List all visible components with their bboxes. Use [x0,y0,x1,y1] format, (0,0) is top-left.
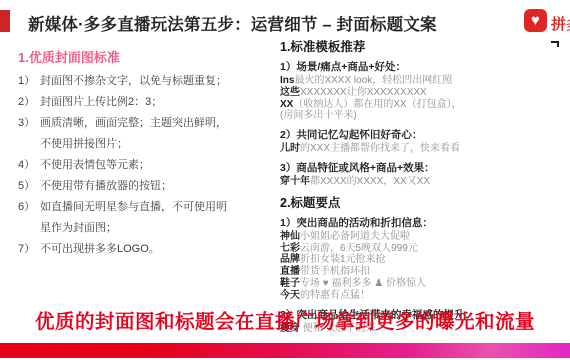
standard-item: 6）如直播间无明星参与直播，不可使用明星作为封面图； [18,197,236,239]
line-lead: 七彩 [280,243,300,254]
page-title: 新媒体·多多直播玩法第五步：运营细节 – 封面标题文案 [28,11,437,35]
item-number: 5） [18,176,40,197]
item-number: 1） [18,71,40,92]
template-line: 穿十年都XXXX的XXXX，XX又XX [280,176,558,188]
line-rest: （收纳达人）都在用的XX（打包盒）， [293,99,461,110]
line-rest: 折扣女装1元抢来抢 [300,254,386,265]
line-lead: 鞋子 [280,278,300,289]
line-lead: 这些 [280,87,300,98]
template-line: 这些XXXXXXX让你XXXXXXXXX [280,87,558,99]
standard-item: 7）不可出现拼多多LOGO。 [18,239,236,260]
line-lead: 儿时 [280,143,300,154]
item-text: 封面图片上传比例2：3； [40,92,236,113]
template-group: 3）商品特征或风格+商品+效果：穿十年都XXXX的XXXX，XX又XX [280,162,558,188]
template-line: 鞋子专场 ♥ 福利多多 ♟ 价格惊人 [280,278,558,290]
line-rest: 云南游，6天5晚双人999元 [300,243,418,254]
cover-standards-heading: 1.优质封面图标准 [18,47,236,66]
item-number: 2） [18,92,40,113]
group-title: 3）商品特征或风格+商品+效果： [280,162,558,175]
line-rest: 的特惠有点猛！ [300,290,370,301]
title-accent-block [0,10,10,32]
template-group: 2）共同记忆勾起怀旧好奇心：儿时的XXX主播都帮你找来了，快来看看 [280,129,558,155]
template-line: 直播带货手机指环扣 [280,266,558,278]
line-lead: 神仙 [280,231,300,242]
line-rest: XXXXXXX让你XXXXXXXXX [300,87,427,98]
template-groups-1: 1）场景/痛点+商品+好处：Ins最火的XXXX look，轻松凹出网红照这些X… [280,61,558,188]
line-lead: 直播 [280,266,300,277]
line-lead: 今天 [280,290,300,301]
group-title: 1）突出商品的活动和折扣信息： [280,217,558,230]
slide-page: 新媒体·多多直播玩法第五步：运营细节 – 封面标题文案 ♥ 拼多多 1.优质封面… [0,0,570,360]
title-points-heading: 2.标题要点 [280,196,558,210]
standard-item: 5）不使用带有播放器的按钮； [18,176,236,197]
item-text: 封面图不掺杂文字，以免与标题重复； [40,71,236,92]
standard-item: 2）封面图片上传比例2：3； [18,92,236,113]
standard-item: 3）画质清晰，画面完整；主题突出鲜明，不使用拼接图片； [18,113,236,155]
template-line: (房间多出十平米) [280,110,558,122]
item-number: 4） [18,155,40,176]
line-lead: 品牌 [280,254,300,265]
line-rest: 专场 ♥ 福利多多 ♟ 价格惊人 [300,278,426,289]
cover-standards-section: 1.优质封面图标准 1）封面图不掺杂文字，以免与标题重复；2）封面图片上传比例2… [18,47,236,260]
template-line: 儿时的XXX主播都帮你找来了，快来看看 [280,143,558,155]
item-text: 如直播间无明星参与直播，不可使用明星作为封面图； [40,197,236,239]
item-text: 不使用带有播放器的按钮； [40,176,236,197]
template-group: 1）场景/痛点+商品+好处：Ins最火的XXXX look，轻松凹出网红照这些X… [280,61,558,122]
line-rest: 都XXXX的XXXX，XX又XX [310,176,430,187]
item-text: 不使用表情包等元素； [40,155,236,176]
title-copy-section: 1.标准模板推荐 1）场景/痛点+商品+好处：Ins最火的XXXX look，轻… [280,40,558,334]
item-text: 不可出现拼多多LOGO。 [40,239,236,260]
line-rest: 最火的XXXX look，轻松凹出网红照 [294,75,452,86]
template-group: 1）突出商品的活动和折扣信息：神仙小姐姐必备阿道夫大促啦七彩云南游，6天5晚双人… [280,217,558,302]
pinduoduo-logo-text: 拼多多 [551,13,570,34]
template-line: 神仙小姐姐必备阿道夫大促啦 [280,231,558,243]
template-line: 品牌折扣女装1元抢来抢 [280,254,558,266]
template-recommend-heading: 1.标准模板推荐 [280,40,558,54]
line-rest: (房间多出十平米) [280,110,357,121]
bottom-slogan: 优质的封面图和标题会在直播广场拿到更多的曝光和流量 [0,306,570,334]
group-title: 1）场景/痛点+商品+好处： [280,61,558,74]
item-number: 3） [18,113,40,155]
group-title: 2）共同记忆勾起怀旧好奇心： [280,129,558,142]
heart-icon: ♥ [531,13,540,28]
line-lead: XX [280,99,293,110]
item-number: 6） [18,197,40,239]
line-rest: 的XXX主播都帮你找来了，快来看看 [300,143,460,154]
template-line: XX（收纳达人）都在用的XX（打包盒）， [280,99,558,111]
standard-item: 4）不使用表情包等元素； [18,155,236,176]
template-line: 今天的特惠有点猛！ [280,290,558,302]
line-lead: 穿十年 [280,176,310,187]
bottom-gradient-bar [0,343,570,358]
item-number: 7） [18,239,40,260]
template-line: Ins最火的XXXX look，轻松凹出网红照 [280,75,558,87]
standard-item: 1）封面图不掺杂文字，以免与标题重复； [18,71,236,92]
line-rest: 带货手机指环扣 [300,266,370,277]
template-line: 七彩云南游，6天5晚双人999元 [280,243,558,255]
line-lead: Ins [280,75,294,86]
line-rest: 小姐姐必备阿道夫大促啦 [300,231,410,242]
cover-standards-list: 1）封面图不掺杂文字，以免与标题重复；2）封面图片上传比例2：3；3）画质清晰，… [18,71,236,260]
pinduoduo-logo-icon: ♥ [524,9,547,32]
item-text: 画质清晰，画面完整；主题突出鲜明，不使用拼接图片； [40,113,236,155]
